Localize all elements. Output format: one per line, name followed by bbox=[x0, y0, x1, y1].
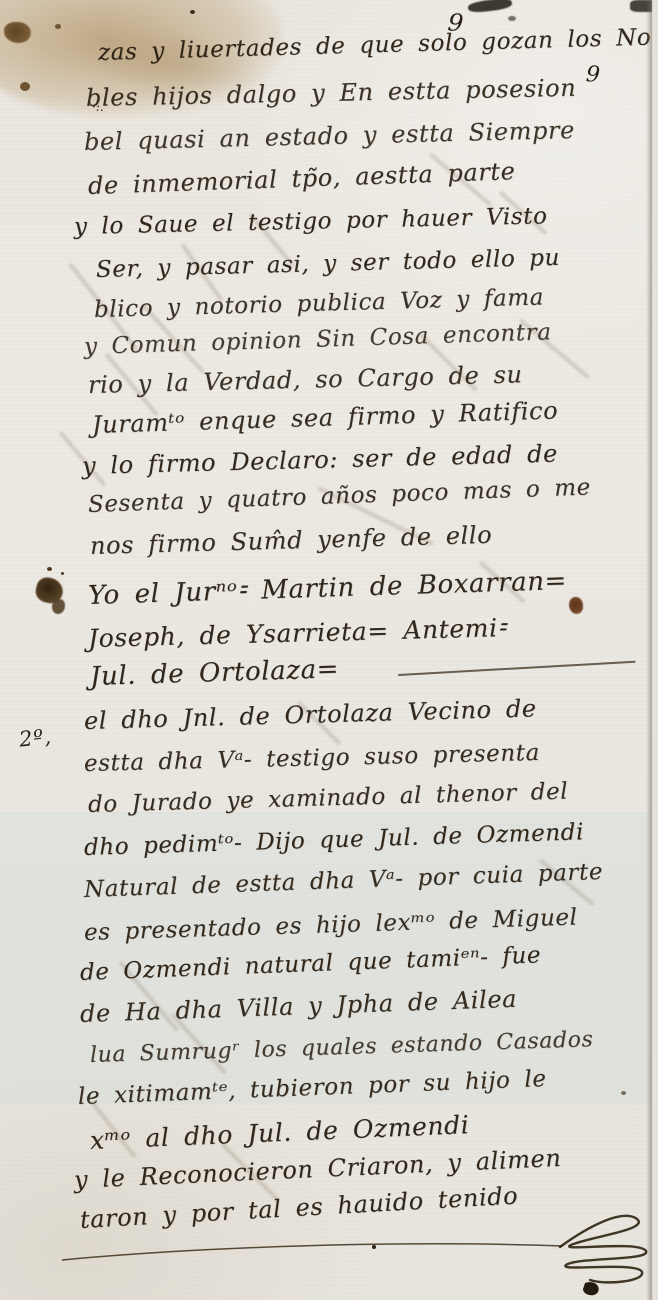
pen-mark: 9 bbox=[585, 62, 601, 88]
page-edge bbox=[646, 0, 658, 1300]
pen-marks-layer: 99·:. bbox=[0, 0, 658, 1300]
pen-mark: 9 bbox=[447, 8, 465, 37]
pen-mark: ·:. bbox=[92, 100, 104, 114]
manuscript-page: zas y liuertades de que solo gozan los N… bbox=[0, 0, 658, 1300]
